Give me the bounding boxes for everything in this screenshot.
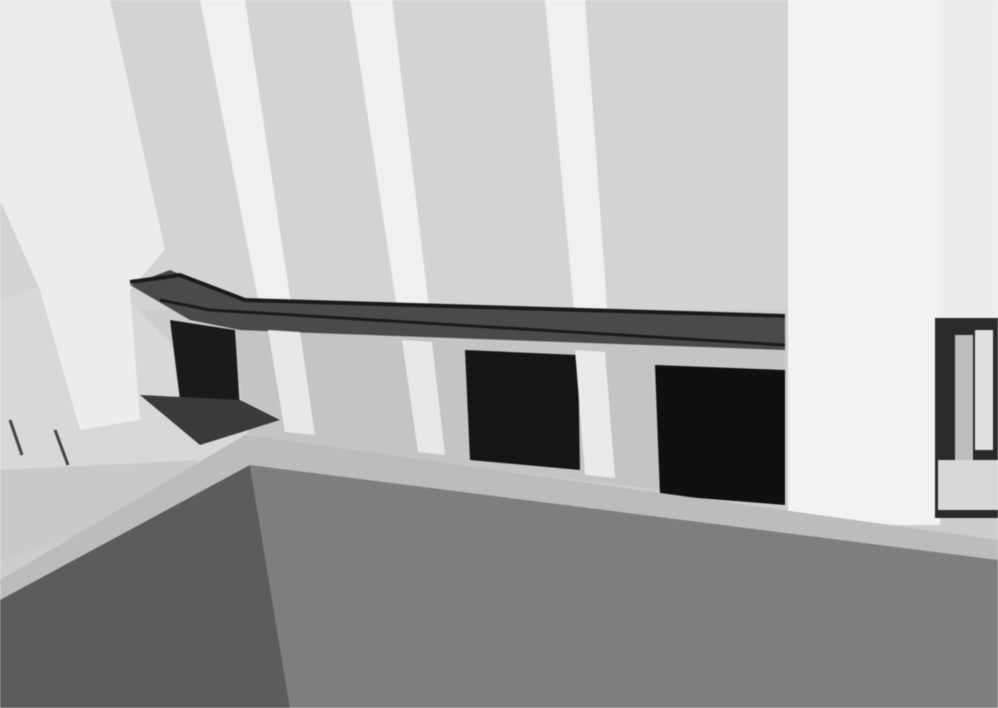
right-pillar (788, 0, 940, 525)
dark-opening (465, 350, 580, 470)
photograph (0, 0, 998, 708)
dark-opening (655, 365, 785, 505)
dark-opening (170, 320, 240, 410)
scene (0, 0, 998, 708)
